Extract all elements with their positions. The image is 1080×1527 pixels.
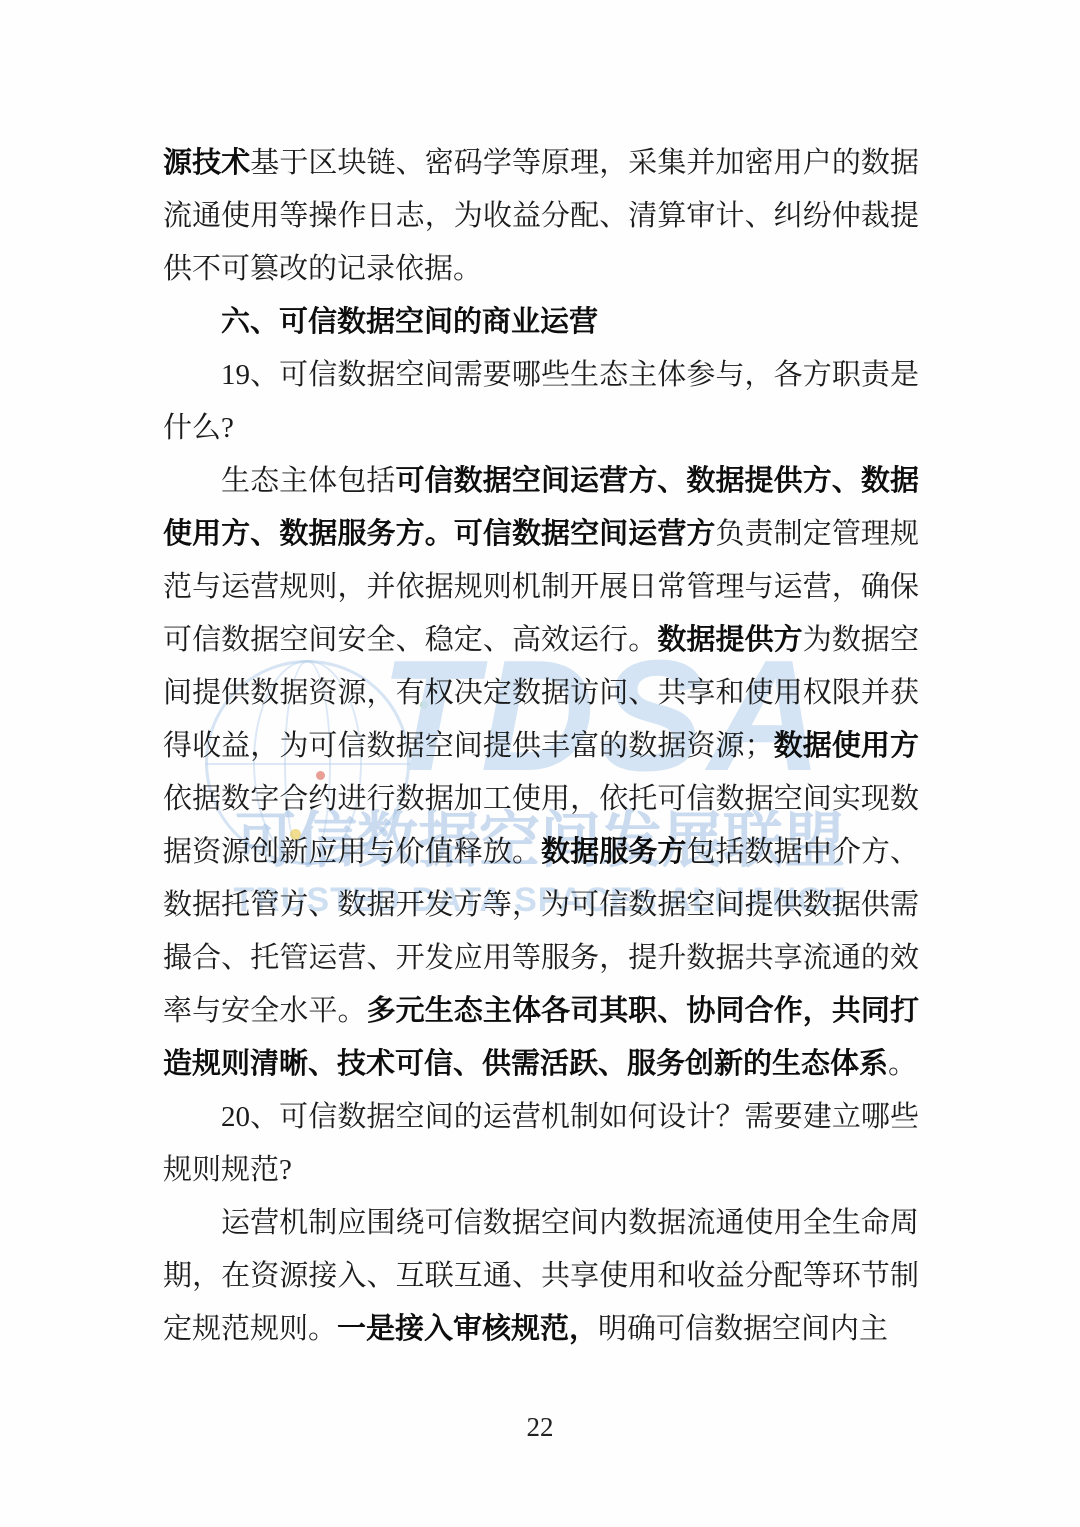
text-segment: 源技术 <box>163 147 250 179</box>
text-segment: 。 <box>888 1048 917 1080</box>
text-segment: 一是接入审核规范， <box>337 1313 598 1345</box>
document-page: TDSA 可信数据空间发展联盟 TRUSTED DATA SPACES ALLI… <box>0 0 1080 1527</box>
section-heading: 六、可信数据空间的商业运营 <box>163 296 919 349</box>
document-body: 源技术基于区块链、密码学等原理，采集并加密用户的数据流通使用等操作日志，为收益分… <box>163 137 919 1356</box>
text-segment: 数据服务方 <box>541 836 686 868</box>
text-segment: 六、可信数据空间的商业运营 <box>221 306 598 338</box>
text-segment: 基于区块链、密码学等原理，采集并加密用户的数据流通使用等操作日志，为收益分配、清… <box>163 147 919 285</box>
text-segment: 明确可信数据空间内主 <box>598 1313 888 1345</box>
text-segment: 20、可信数据空间的运营机制如何设计？需要建立哪些规则规范? <box>163 1101 919 1186</box>
paragraph: 运营机制应围绕可信数据空间内数据流通使用全生命周期，在资源接入、互联互通、共享使… <box>163 1197 919 1356</box>
paragraph: 生态主体包括可信数据空间运营方、数据提供方、数据使用方、数据服务方。可信数据空间… <box>163 455 919 1091</box>
text-segment: 数据提供方 <box>657 624 802 656</box>
text-segment: 生态主体包括 <box>221 465 396 497</box>
paragraph: 19、可信数据空间需要哪些生态主体参与，各方职责是什么? <box>163 349 919 455</box>
paragraph: 源技术基于区块链、密码学等原理，采集并加密用户的数据流通使用等操作日志，为收益分… <box>163 137 919 296</box>
page-number: 22 <box>0 1412 1080 1443</box>
text-segment: 19、可信数据空间需要哪些生态主体参与，各方职责是什么? <box>163 359 919 444</box>
paragraph: 20、可信数据空间的运营机制如何设计？需要建立哪些规则规范? <box>163 1091 919 1197</box>
text-segment: 数据使用方 <box>774 730 919 762</box>
